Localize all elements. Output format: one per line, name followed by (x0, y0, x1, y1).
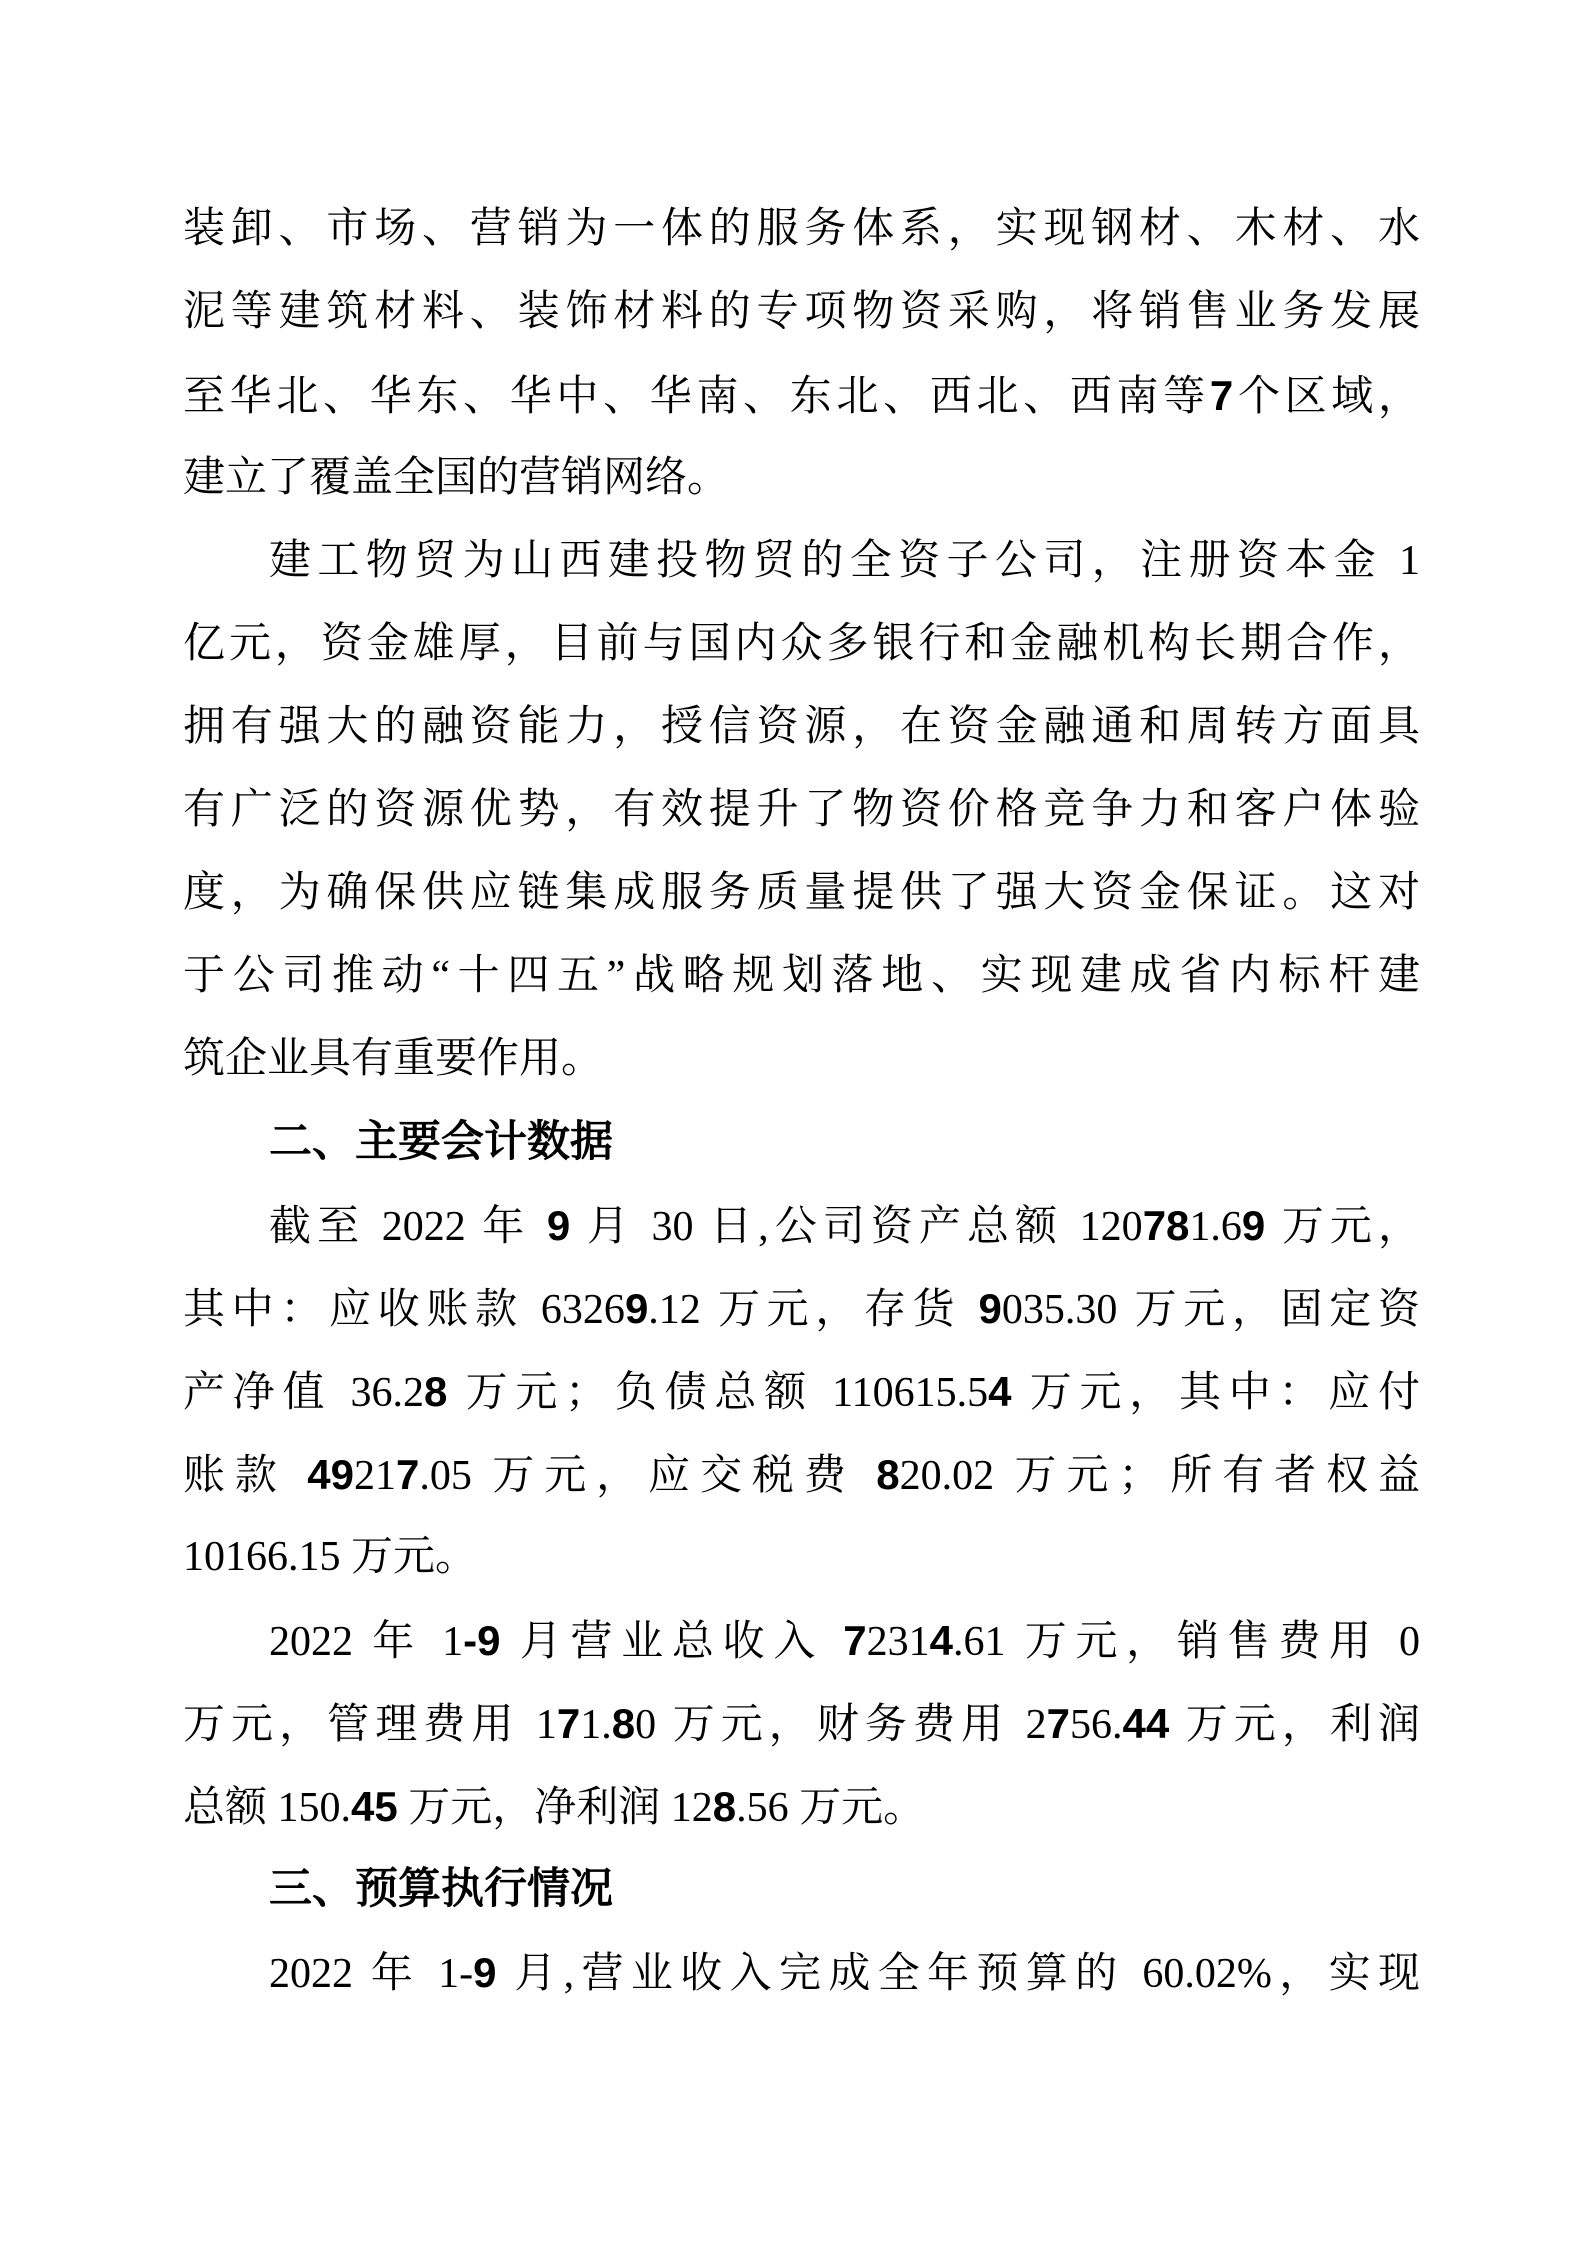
text-segment: 0 万元，财务费用 2 (635, 1702, 1046, 1748)
text-line: 筑企业具有重要作用。 (183, 1018, 1420, 1101)
text-segment: .61 万元，销售费用 0 (953, 1619, 1420, 1665)
text-segment: 1.6 (1189, 1204, 1242, 1250)
text-line: 有广泛的资源优势，有效提升了物资价格竞争力和客户体验 (183, 769, 1420, 852)
text-line: 于公司推动“十四五”战略规划落地、实现建成省内标杆建 (183, 935, 1420, 1018)
text-segment: 至华北、华东、华中、华南、东北、西北、西南等 (183, 374, 1210, 420)
text-segment: 月 30 日,公司资产总额 120 (570, 1204, 1142, 1250)
section-heading: 三、预算执行情况 (183, 1848, 1420, 1931)
bold-number-segment: 7 (843, 1617, 866, 1664)
document-page: 装卸、市场、营销为一体的服务体系，实现钢材、木材、水泥等建筑材料、装饰材料的专项… (0, 0, 1587, 2245)
text-segment: 万元；负债总额 110615.5 (447, 1370, 988, 1416)
text-line: 拥有强大的融资能力，授信资源，在资金融通和周转方面具 (183, 686, 1420, 769)
bold-number-segment: 49 (307, 1451, 354, 1498)
text-segment: 2022 年 1- (269, 1951, 473, 1997)
text-line: 产净值 36.28 万元；负债总额 110615.54 万元，其中：应付 (183, 1350, 1420, 1433)
document-body: 装卸、市场、营销为一体的服务体系，实现钢材、木材、水泥等建筑材料、装饰材料的专项… (183, 188, 1420, 2014)
text-line: 其中：应收账款 63269.12 万元，存货 9035.30 万元，固定资 (183, 1267, 1420, 1350)
bold-number-segment: 8 (424, 1368, 447, 1415)
text-segment: 月营业总收入 (501, 1619, 844, 1665)
text-segment: 231 (867, 1619, 930, 1665)
bold-number-segment: 8 (713, 1783, 736, 1830)
text-line: 2022 年 1-9 月营业总收入 72314.61 万元，销售费用 0 (183, 1599, 1420, 1682)
text-segment: 亿元，资金雄厚，目前与国内众多银行和金融机构长期合作， (183, 621, 1420, 667)
bold-number-segment: 4 (988, 1368, 1011, 1415)
text-segment: 装卸、市场、营销为一体的服务体系，实现钢材、木材、水 (183, 206, 1420, 252)
text-segment: 万元，利润 (1169, 1702, 1420, 1748)
bold-number-segment: 9 (625, 1285, 648, 1332)
text-line: 装卸、市场、营销为一体的服务体系，实现钢材、木材、水 (183, 188, 1420, 271)
text-segment: .56 万元。 (736, 1785, 925, 1831)
text-line: 建立了覆盖全国的营销网络。 (183, 437, 1420, 520)
text-segment: 其中：应收账款 6326 (183, 1287, 625, 1333)
text-segment: 1. (580, 1702, 612, 1748)
text-segment: .12 万元，存货 (648, 1287, 978, 1333)
text-line: 亿元，资金雄厚，目前与国内众多银行和金融机构长期合作， (183, 603, 1420, 686)
text-segment: 56. (1070, 1702, 1123, 1748)
bold-number-segment: 9 (979, 1285, 1002, 1332)
text-segment: 万元，其中：应付 (1011, 1370, 1420, 1416)
text-segment: 账款 (183, 1453, 307, 1499)
text-segment: 万元，管理费用 1 (183, 1702, 557, 1748)
text-segment: 泥等建筑材料、装饰材料的专项物资采购，将销售业务发展 (183, 289, 1420, 335)
text-line: 万元，管理费用 171.80 万元，财务费用 2756.44 万元，利润 (183, 1682, 1420, 1765)
text-line: 截至 2022 年 9 月 30 日,公司资产总额 120781.69 万元， (183, 1184, 1420, 1267)
bold-number-segment: 8 (612, 1700, 635, 1747)
bold-number-segment: 7 (1210, 372, 1233, 419)
text-segment: 度，为确保供应链集成服务质量提供了强大资金保证。这对 (183, 870, 1420, 916)
text-segment: 10166.15 万元。 (183, 1534, 477, 1580)
bold-number-segment: 7 (557, 1700, 580, 1747)
text-segment: 建工物贸为山西建投物贸的全资子公司，注册资本金 1 (269, 538, 1420, 584)
text-segment: 万元，净利润 12 (398, 1785, 713, 1831)
text-line: 度，为确保供应链集成服务质量提供了强大资金保证。这对 (183, 852, 1420, 935)
text-segment: 个区域， (1233, 374, 1420, 420)
bold-number-segment: 9 (473, 1949, 496, 1996)
bold-number-segment: 7 (1047, 1700, 1070, 1747)
text-line: 泥等建筑材料、装饰材料的专项物资采购，将销售业务发展 (183, 271, 1420, 354)
text-segment: 总额 150. (183, 1785, 351, 1831)
bold-number-segment: 44 (1122, 1700, 1169, 1747)
bold-number-segment: 9 (1242, 1202, 1265, 1249)
bold-number-segment: 9 (547, 1202, 570, 1249)
text-segment: 20.02 万元；所有者权益 (900, 1453, 1420, 1499)
bold-number-segment: 4 (930, 1617, 953, 1664)
text-line: 总额 150.45 万元，净利润 128.56 万元。 (183, 1765, 1420, 1848)
bold-number-segment: 7 (396, 1451, 419, 1498)
text-line: 账款 49217.05 万元，应交税费 820.02 万元；所有者权益 (183, 1433, 1420, 1516)
text-segment: 万元， (1265, 1204, 1420, 1250)
text-segment: 于公司推动“十四五”战略规划落地、实现建成省内标杆建 (183, 953, 1420, 999)
text-segment: 拥有强大的融资能力，授信资源，在资金融通和周转方面具 (183, 704, 1420, 750)
text-segment: 建立了覆盖全国的营销网络。 (183, 455, 729, 501)
bold-number-segment: 45 (351, 1783, 398, 1830)
text-segment: 2022 年 1 (269, 1619, 463, 1665)
text-line: 2022 年 1-9 月,营业收入完成全年预算的 60.02%，实现 (183, 1931, 1420, 2014)
text-segment: .05 万元，应交税费 (419, 1453, 876, 1499)
section-heading: 二、主要会计数据 (183, 1101, 1420, 1184)
text-segment: 月,营业收入完成全年预算的 60.02%，实现 (496, 1951, 1420, 1997)
text-segment: 有广泛的资源优势，有效提升了物资价格竞争力和客户体验 (183, 787, 1420, 833)
text-line: 至华北、华东、华中、华南、东北、西北、西南等7个区域， (183, 354, 1420, 437)
bold-number-segment: -9 (463, 1617, 500, 1664)
text-line: 10166.15 万元。 (183, 1516, 1420, 1599)
text-segment: 21 (354, 1453, 396, 1499)
text-segment: 三、预算执行情况 (269, 1865, 613, 1913)
bold-number-segment: 8 (876, 1451, 899, 1498)
text-segment: 产净值 36.2 (183, 1370, 424, 1416)
text-line: 建工物贸为山西建投物贸的全资子公司，注册资本金 1 (183, 520, 1420, 603)
bold-number-segment: 78 (1143, 1202, 1190, 1249)
text-segment: 筑企业具有重要作用。 (183, 1036, 603, 1082)
text-segment: 截至 2022 年 (269, 1204, 547, 1250)
text-segment: 二、主要会计数据 (269, 1118, 613, 1166)
text-segment: 035.30 万元，固定资 (1002, 1287, 1420, 1333)
